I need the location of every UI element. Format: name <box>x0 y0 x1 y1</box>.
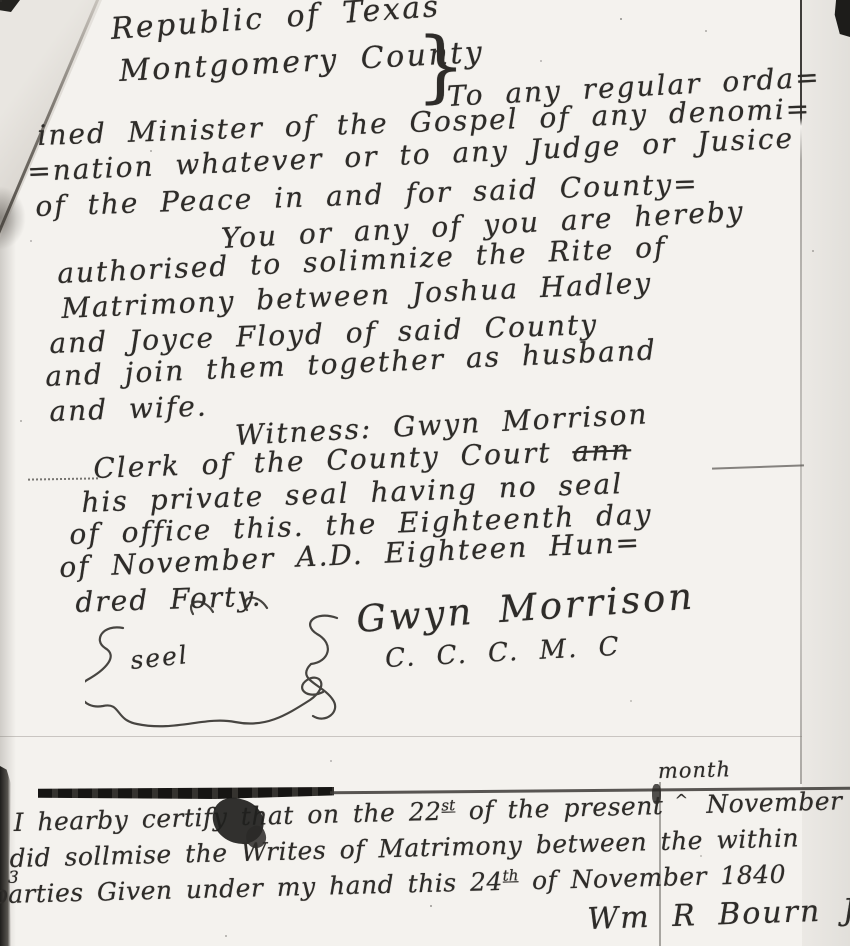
seal-flourish-drawing <box>85 588 415 748</box>
insertion-caret: ^ <box>674 790 688 809</box>
inserted-word: month <box>658 757 732 783</box>
scan-speckles <box>0 0 2 2</box>
cert-line3-pre: parties Given under my hand this 24 <box>0 867 503 909</box>
strikethrough-tail <box>712 464 804 469</box>
cert-line1-sup: st <box>441 796 455 814</box>
cert-line1-end: November <box>706 786 843 819</box>
document-scan: Republic of Texas Montgomery County } To… <box>0 0 850 946</box>
body-line-10: and wife. <box>49 389 208 428</box>
clerk-line-struck-word: ann <box>572 433 632 468</box>
dotted-fill-line <box>28 475 98 480</box>
cert-line3-end: of November 1840 <box>532 860 787 896</box>
clerk-signature-title: C. C. C. M. C <box>384 632 621 674</box>
cert-line3-sup: th <box>502 866 518 884</box>
cert-line1-mid: of the present <box>468 791 663 825</box>
certificate-top-bar <box>38 787 334 799</box>
fold-smudge <box>0 186 26 250</box>
cert-line1-insertion: month^ <box>676 788 693 813</box>
